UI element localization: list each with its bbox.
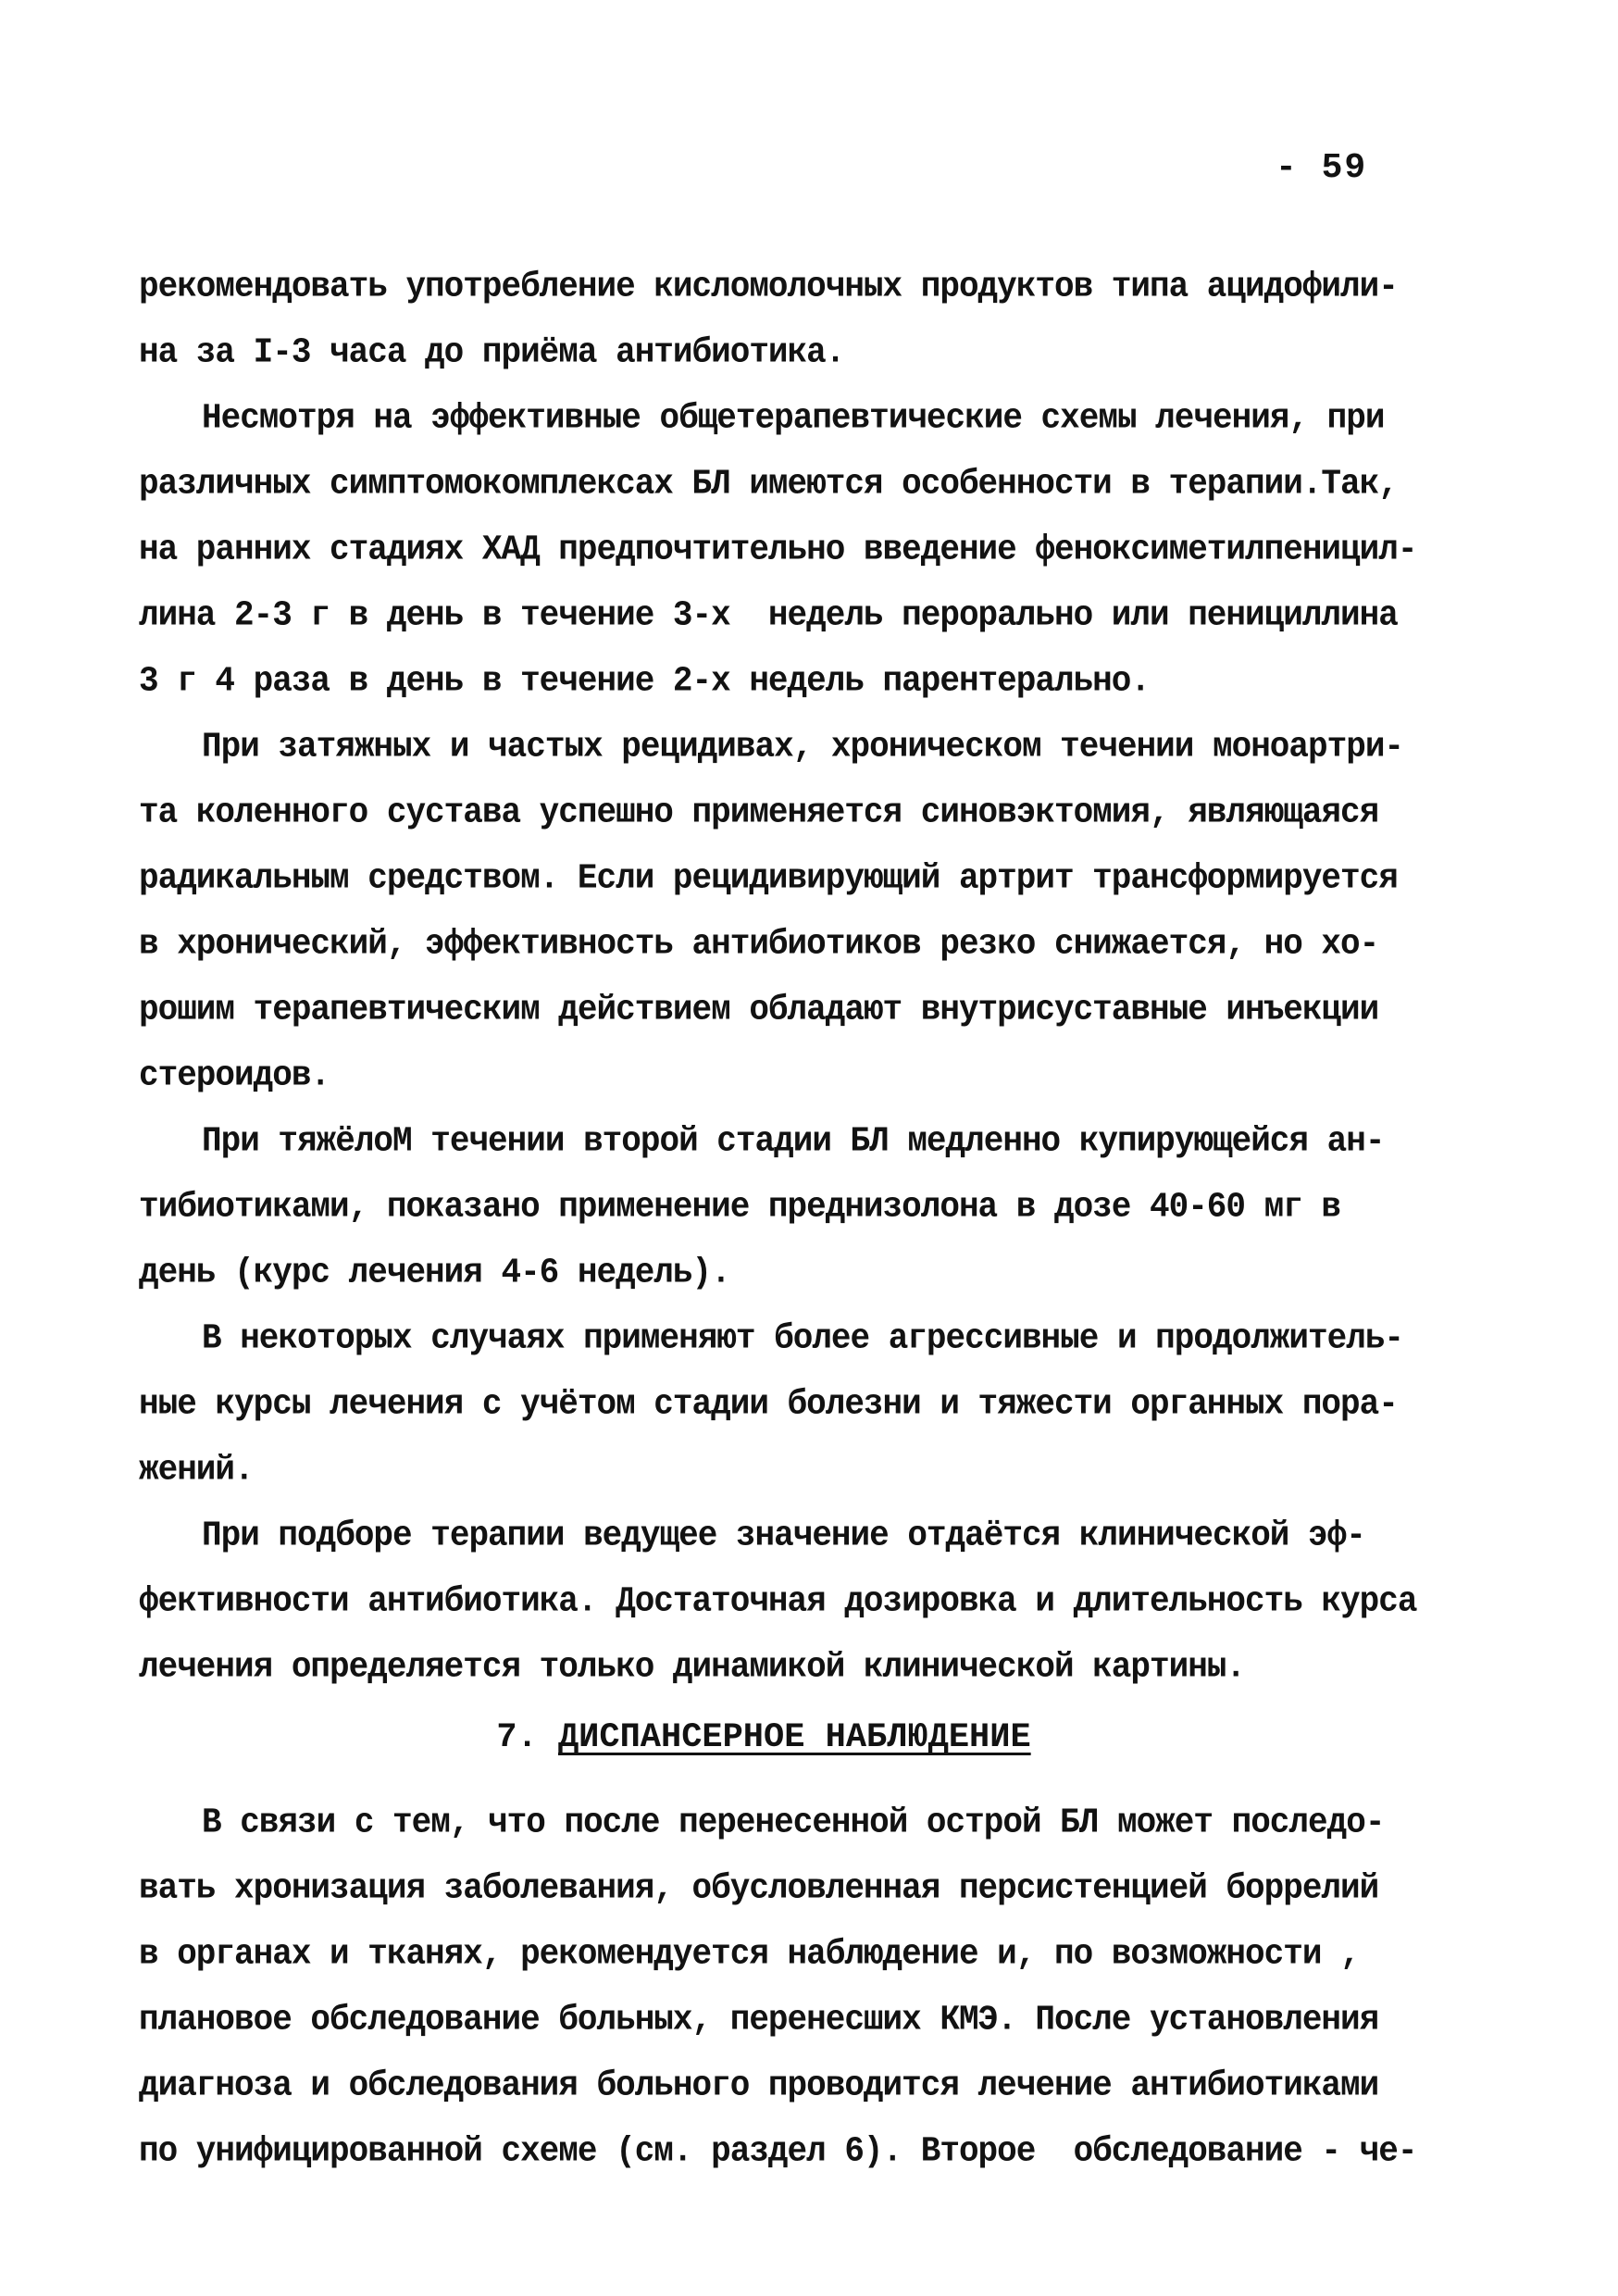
text-line: фективности антибиотика. Достаточная доз… xyxy=(139,1566,1500,1636)
text-line: Несмотря на эффективные общетерапевтичес… xyxy=(139,383,1500,453)
text-line: радикальным средством. Если рецидивирующ… xyxy=(139,843,1500,913)
document-page: - 59 рекомендовать употребление кисломол… xyxy=(0,0,1618,2296)
text-line: лина 2-3 г в день в течение 3-х недель п… xyxy=(139,580,1500,650)
text-line: жений. xyxy=(139,1435,1500,1504)
text-line: по унифицированной схеме (см. раздел 6).… xyxy=(139,2116,1500,2186)
text-line: ные курсы лечения с учётом стадии болезн… xyxy=(139,1369,1500,1439)
text-line: рекомендовать употребление кисломолочных… xyxy=(139,252,1500,321)
text-line: При тяжёлоМ течении второй стадии БЛ мед… xyxy=(139,1106,1500,1176)
text-line: та коленного сустава успешно применяется… xyxy=(139,778,1500,847)
text-line: стероидов. xyxy=(139,1041,1500,1110)
document-body: рекомендовать употребление кисломолочных… xyxy=(139,252,1500,2182)
text-line: в хронический, эффективность антибиотико… xyxy=(139,909,1500,979)
text-line: 3 г 4 раза в день в течение 2-х недель п… xyxy=(139,646,1500,716)
text-line: рошим терапевтическим действием обладают… xyxy=(139,975,1500,1044)
text-line: тибиотиками, показано применение предниз… xyxy=(139,1172,1500,1242)
page-number: - 59 xyxy=(1276,148,1367,188)
text-line: В некоторых случаях применяют более агре… xyxy=(139,1304,1500,1373)
text-line: диагноза и обследования больного проводи… xyxy=(139,2051,1500,2120)
text-line: день (курс лечения 4-6 недель). xyxy=(139,1238,1500,1307)
section-heading: 7. ДИСПАНСЕРНОЕ НАБЛЮДЕНИЕ xyxy=(139,1705,1500,1771)
text-line: вать хронизация заболевания, обусловленн… xyxy=(139,1853,1500,1923)
text-line: различных симптомокомплексах БЛ имеются … xyxy=(139,449,1500,518)
text-line: на ранних стадиях ХАД предпочтительно вв… xyxy=(139,515,1500,584)
text-line: в органах и тканях, рекомендуется наблюд… xyxy=(139,1919,1500,1989)
section-heading-number: 7. xyxy=(496,1718,558,1757)
text-line: В связи с тем, что после перенесенной ос… xyxy=(139,1788,1500,1857)
text-line: При затяжных и частых рецидивах, хрониче… xyxy=(139,712,1500,781)
text-line: При подборе терапии ведущее значение отд… xyxy=(139,1501,1500,1570)
text-line: на за I-3 часа до приёма антибиотика. xyxy=(139,318,1500,387)
text-line: лечения определяется только динамикой кл… xyxy=(139,1632,1500,1702)
text-line: плановое обследование больных, перенесши… xyxy=(139,1985,1500,2054)
section-heading-title: ДИСПАНСЕРНОЕ НАБЛЮДЕНИЕ xyxy=(558,1718,1031,1757)
